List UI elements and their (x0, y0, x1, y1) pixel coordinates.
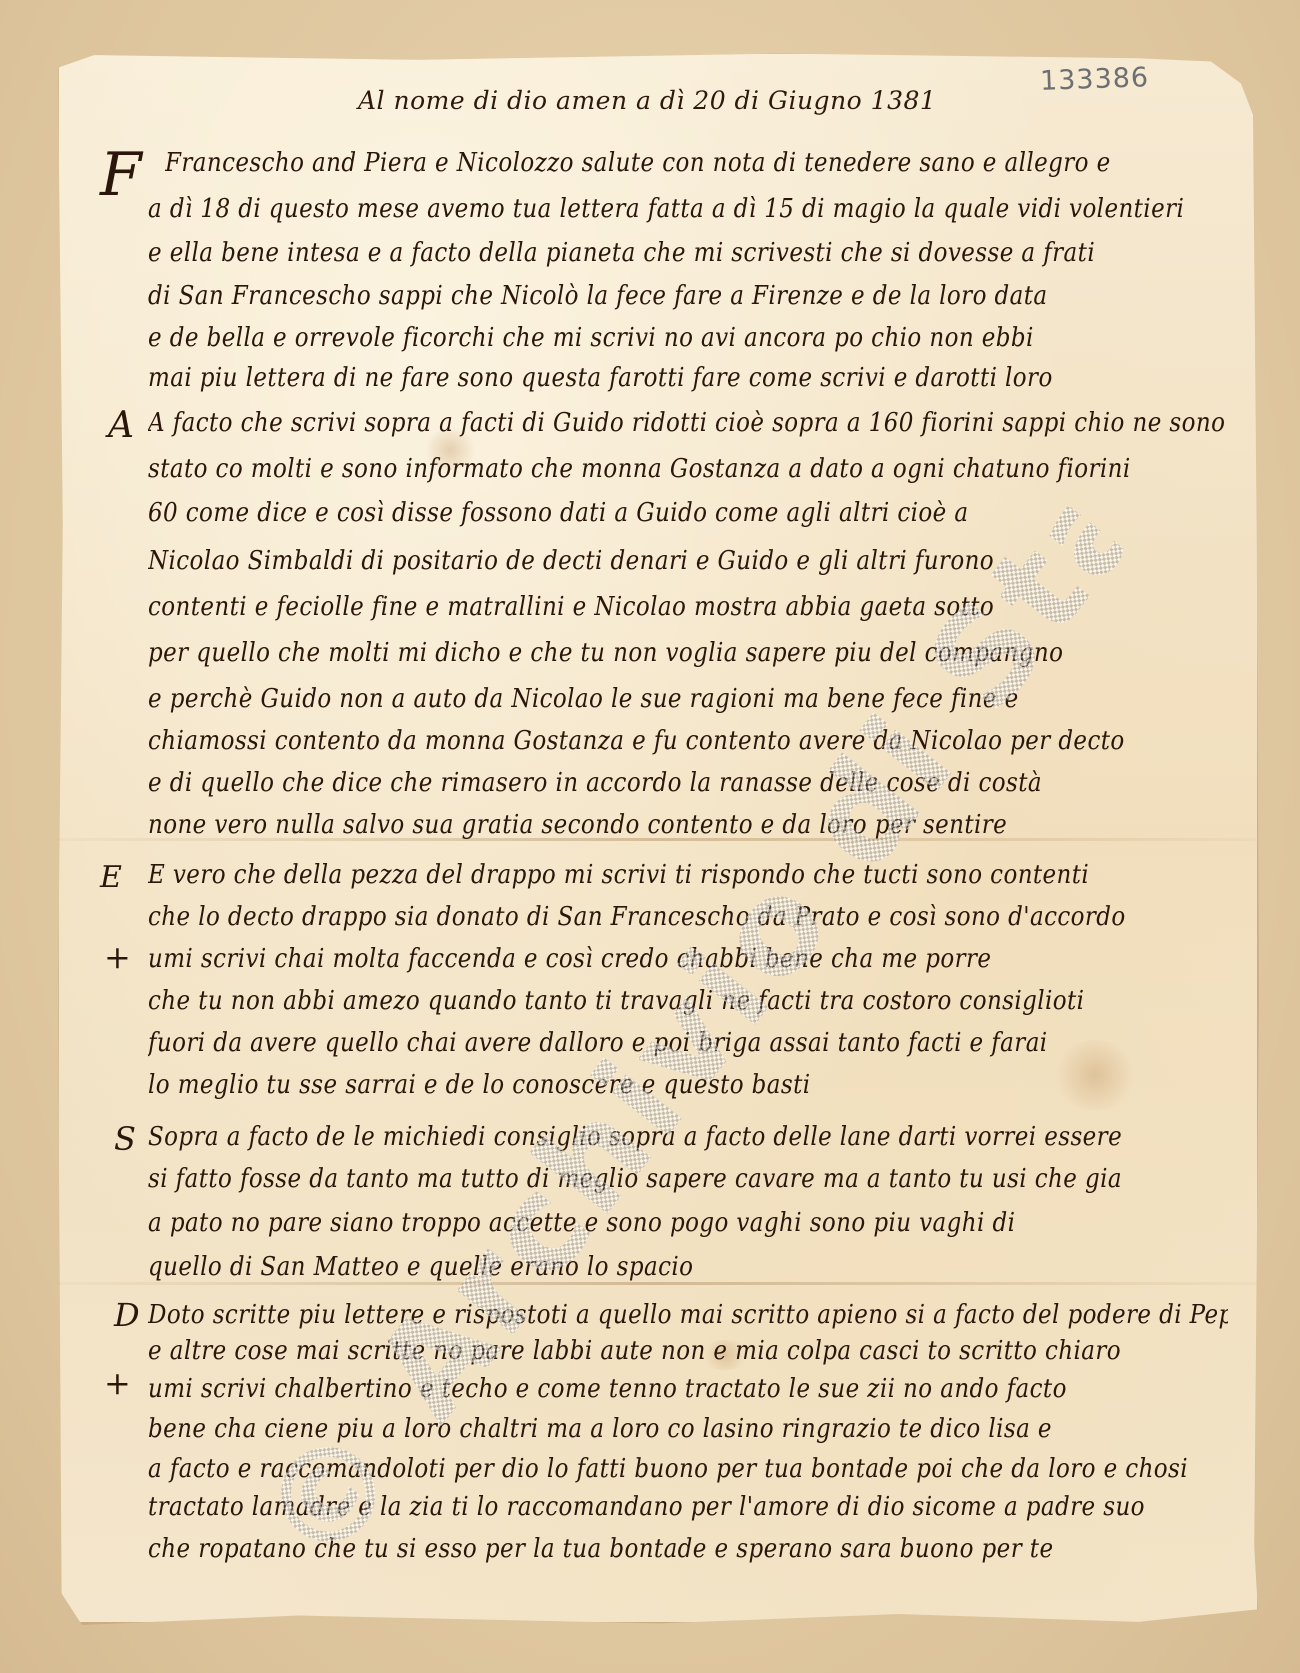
text-line: lo meglio tu sse sarrai e de lo conoscer… (148, 1070, 1228, 1100)
text-line: E vero che della pezza del drappo mi scr… (148, 860, 1228, 890)
text-line: Sopra a facto de le michiedi consiglio s… (148, 1122, 1228, 1152)
text-line: a facto e raccomandoloti per dio lo fatt… (148, 1454, 1228, 1484)
initial-capital-f: F (100, 140, 142, 210)
text-line: quello di San Matteo e quelle erano lo s… (148, 1252, 1228, 1282)
paragraph-mark-d: D (114, 1296, 140, 1334)
text-line: e ella bene intesa e a facto della piane… (148, 238, 1228, 268)
text-line: e perchè Guido non a auto da Nicolao le … (148, 684, 1228, 714)
text-line: a dì 18 di questo mese avemo tua lettera… (148, 194, 1228, 224)
text-line: stato co molti e sono informato che monn… (148, 454, 1228, 484)
text-line: Doto scritte piu lettere e rispostoti a … (148, 1300, 1228, 1330)
text-line: contenti e feciolle fine e matrallini e … (148, 592, 1228, 622)
archive-number: 133386 (1039, 62, 1149, 97)
text-line: che tu non abbi amezo quando tanto ti tr… (148, 986, 1228, 1016)
text-line: umi scrivi chai molta faccenda e così cr… (148, 944, 1228, 974)
letter-heading: Al nome di dio amen a dì 20 di Giugno 13… (358, 86, 936, 115)
text-line: A facto che scrivi sopra a facti di Guid… (148, 408, 1228, 438)
text-line: 60 come dice e così disse fossono dati a… (148, 498, 1228, 528)
text-line: Francescho and Piera e Nicolozzo salute … (165, 148, 1245, 178)
paragraph-mark-e: E (100, 860, 122, 895)
text-line: si fatto fosse da tanto ma tutto di megl… (148, 1164, 1228, 1194)
paragraph-mark-a: A (108, 405, 134, 446)
text-line: che ropatano che tu si esso per la tua b… (148, 1534, 1228, 1564)
text-line: tractato lamadre e la zia ti lo raccoman… (148, 1492, 1228, 1522)
text-line: a pato no pare siano troppo accette e so… (148, 1208, 1228, 1238)
text-line: fuori da avere quello chai avere dalloro… (148, 1028, 1228, 1058)
paragraph-mark-s: S (114, 1120, 136, 1158)
text-line: e de bella e orrevole ficorchi che mi sc… (148, 323, 1228, 353)
text-line: mai piu lettera di ne fare sono questa f… (148, 363, 1228, 393)
text-line: chiamossi contento da monna Gostanza e f… (148, 726, 1228, 756)
text-line: bene cha ciene piu a loro chaltri ma a l… (148, 1414, 1228, 1444)
text-line: umi scrivi chalbertino e techo e come te… (148, 1374, 1228, 1404)
text-line: di San Francescho sappi che Nicolò la fe… (148, 281, 1228, 311)
cross-mark: + (104, 938, 131, 976)
cross-mark: + (104, 1364, 131, 1402)
fold-crease (58, 1282, 1256, 1285)
text-line: Nicolao Simbaldi di positario de decti d… (148, 546, 1228, 576)
text-line: none vero nulla salvo sua gratia secondo… (148, 810, 1228, 840)
text-line: che lo decto drappo sia donato di San Fr… (148, 902, 1228, 932)
text-line: e altre cose mai scritte no pare labbi a… (148, 1336, 1228, 1366)
text-line: per quello che molti mi dicho e che tu n… (148, 638, 1228, 668)
text-line: e di quello che dice che rimasero in acc… (148, 768, 1228, 798)
